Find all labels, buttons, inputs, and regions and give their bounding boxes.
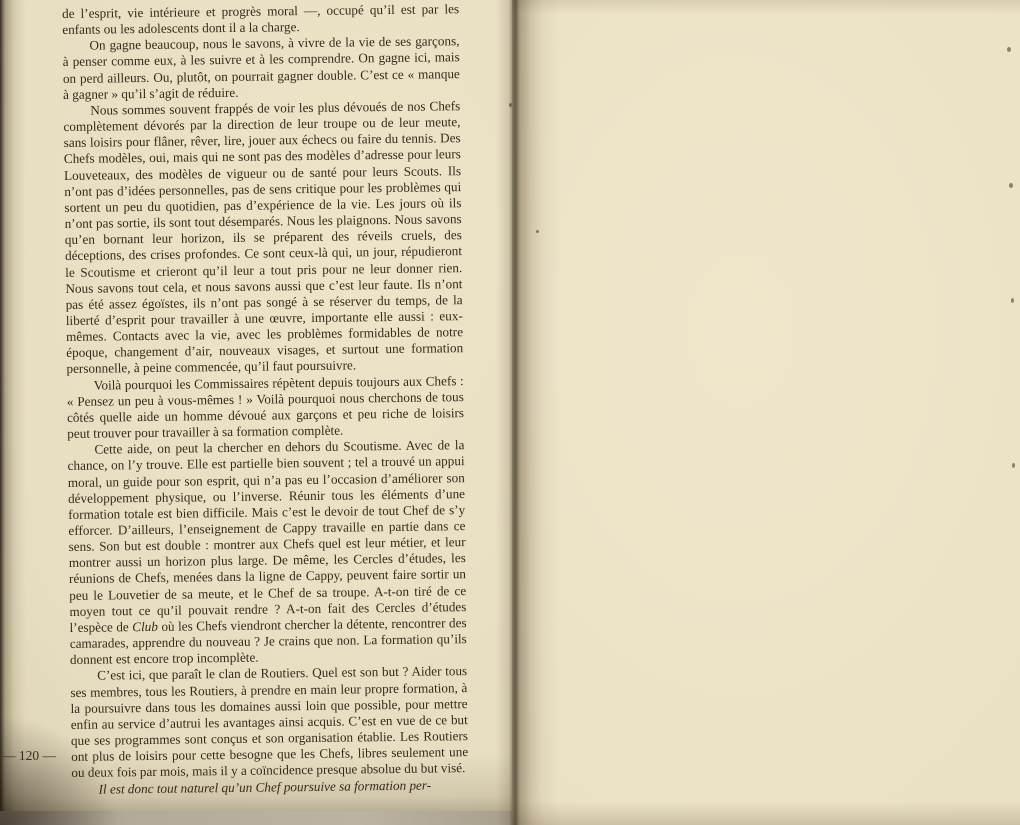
left-text-column: de l’esprit, vie intérieure et progrès m… <box>62 1 469 797</box>
paragraph: Voilà pourquoi les Commissaires répètent… <box>67 373 465 442</box>
paragraph: Cette aide, on peut la chercher en dehor… <box>67 437 467 668</box>
page-edge-mark <box>1011 298 1014 303</box>
paragraph: C’est ici, que paraît le clan de Routier… <box>70 664 468 782</box>
page-left: de l’esprit, vie intérieure et progrès m… <box>0 0 512 825</box>
table-edge-band <box>0 811 512 825</box>
page-edge-mark <box>1012 463 1015 468</box>
paper-speck <box>509 103 512 107</box>
italic-word: Club <box>132 619 158 634</box>
page-right: sonnelle dans un clan de Routiers, de mê… <box>512 0 1020 825</box>
page-number-left: — 120 — <box>2 748 56 764</box>
page-edge-mark <box>1007 47 1011 52</box>
page-edge-mark <box>1009 183 1013 188</box>
paragraph: On gagne beaucoup, nous le savons, à viv… <box>62 33 460 102</box>
paragraph: Nous sommes souvent frappés de voir les … <box>63 98 463 377</box>
paragraph: de l’esprit, vie intérieure et progrès m… <box>62 1 459 38</box>
book-spread: de l’esprit, vie intérieure et progrès m… <box>0 0 1020 825</box>
text-run: Cette aide, on peut la chercher en dehor… <box>68 437 467 635</box>
paper-speck <box>536 230 539 233</box>
